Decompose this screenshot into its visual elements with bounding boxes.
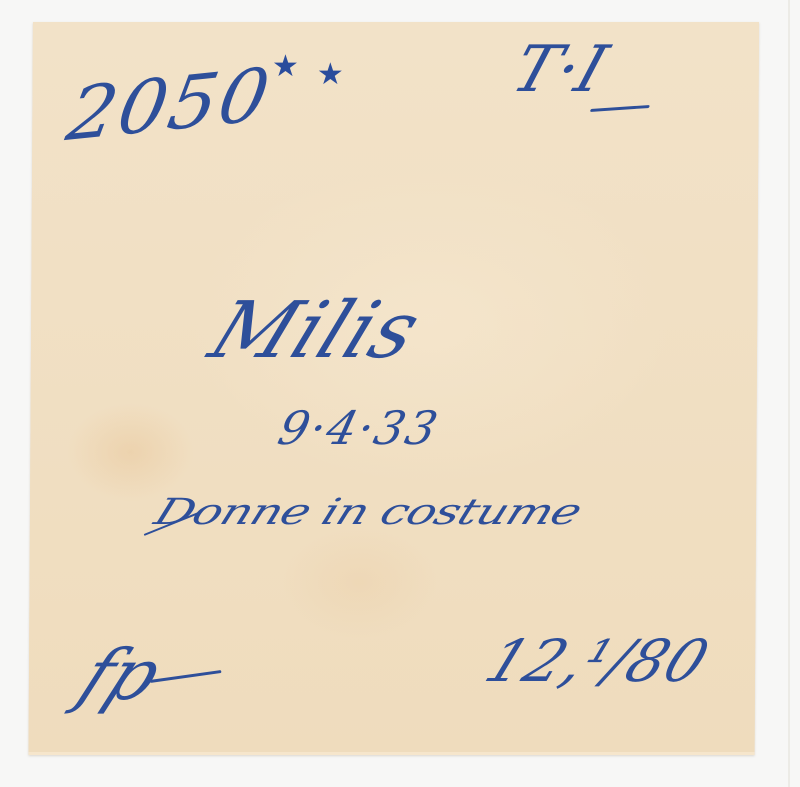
catalog-marks: ★ ★ bbox=[272, 52, 344, 90]
date: 9·4·33 bbox=[274, 405, 444, 451]
catalog-number: 2050 bbox=[62, 58, 277, 152]
scan-background-edge bbox=[788, 0, 790, 787]
subject-caption: Donne in costume bbox=[150, 494, 586, 530]
place-name: Milis bbox=[200, 292, 431, 370]
star-icon: ★ bbox=[317, 60, 344, 90]
star-icon: ★ bbox=[272, 52, 299, 90]
reference-number: 12,¹/80 bbox=[478, 632, 717, 690]
